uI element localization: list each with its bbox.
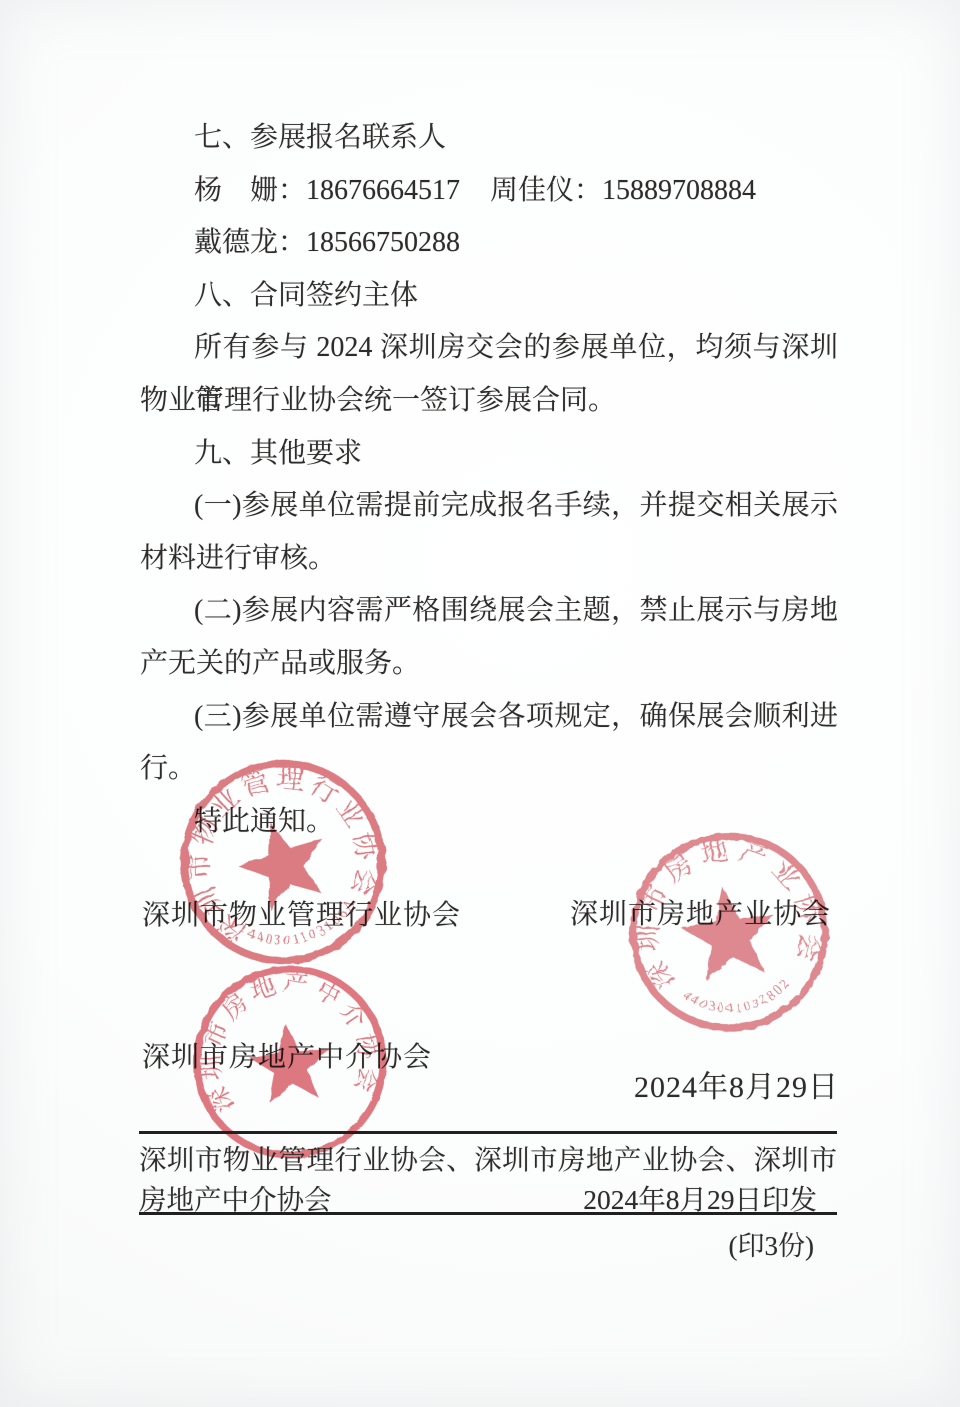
heading-section-7: 七、参展报名联系人	[140, 112, 838, 165]
item-1-line-2: 材料进行审核。	[140, 533, 838, 586]
contact-dai-delong: 戴德龙：18566750288	[140, 217, 838, 270]
print-copies-note: (印3份)	[729, 1224, 814, 1263]
signature-date: 2024年8月29日	[634, 1070, 839, 1106]
item-2-line-2: 产无关的产品或服务。	[140, 638, 838, 691]
item-1-line-1: (一)参展单位需提前完成报名手续，并提交相关展示	[140, 480, 838, 533]
svg-text:440301103106A: 440301103106A	[242, 892, 366, 962]
seal-star-icon	[246, 1020, 334, 1105]
footer-bottom-rule	[139, 1212, 837, 1215]
para-8-line-1: 所有参与 2024 深圳房交会的参展单位，均须与深圳市	[140, 322, 838, 375]
body-text: 七、参展报名联系人 杨 姗：18676664517 周佳仪：1588970888…	[140, 112, 838, 848]
contact-yang-shan: 杨 姗：18676664517	[194, 165, 460, 218]
item-2-line-1: (二)参展内容需严格围绕展会主题，禁止展示与房地	[140, 585, 838, 638]
item-3-line-1: (三)参展单位需遵守展会各项规定，确保展会顺利进	[140, 691, 838, 744]
seal-star-icon	[228, 808, 338, 916]
heading-section-8: 八、合同签约主体	[140, 270, 838, 323]
footer-issuers-line-1: 深圳市物业管理行业协会、深圳市房地产业协会、深圳市	[139, 1141, 837, 1179]
contact-zhou-jiayi: 周佳仪：15889708884	[490, 165, 756, 218]
contact-row-1: 杨 姗：18676664517 周佳仪：15889708884	[140, 165, 838, 218]
footer-top-rule	[139, 1131, 837, 1134]
document-page: 七、参展报名联系人 杨 姗：18676664517 周佳仪：1588970888…	[0, 0, 960, 1407]
red-seal-property-management-icon: 深圳市物业管理行业协会 440301103106A	[177, 756, 389, 968]
red-seal-real-estate-icon: 深圳市房地产业协会 4403041032802	[626, 829, 832, 1035]
seal-star-icon	[676, 881, 782, 983]
para-8-line-2: 物业管理行业协会统一签订参展合同。	[140, 375, 838, 428]
heading-section-9: 九、其他要求	[140, 428, 838, 481]
